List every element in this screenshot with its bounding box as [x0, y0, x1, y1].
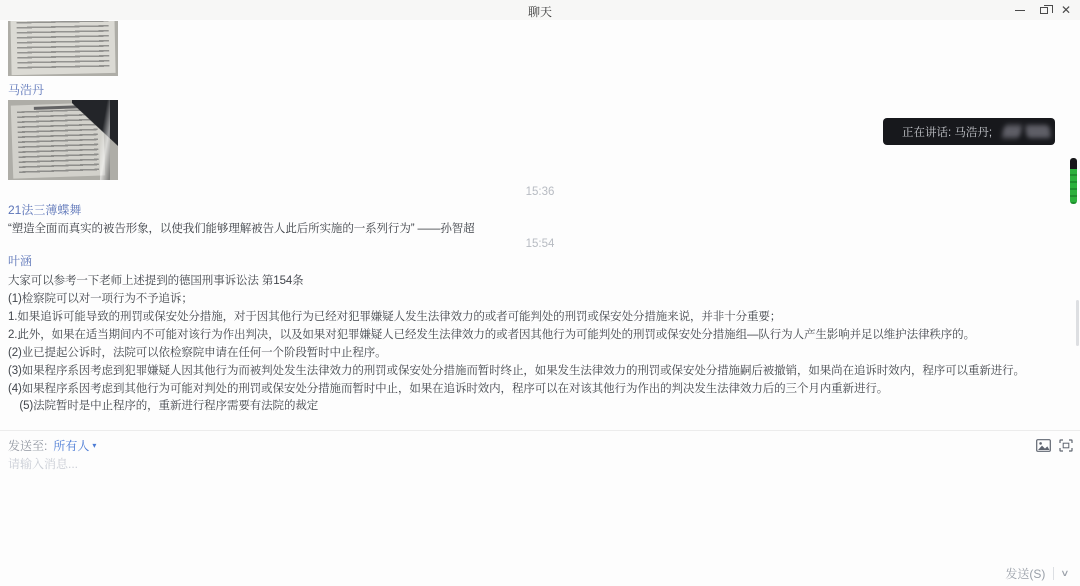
message-text: (3)如果程序系因考虑到犯罪嫌疑人因其他行为而被判处发生法律效力的刑罚或保安处分… — [8, 362, 1025, 378]
send-button-group: 发送(S) ∨ — [1005, 564, 1072, 582]
restore-icon — [1040, 7, 1048, 14]
title-bar: 聊天 ✕ — [0, 0, 1080, 20]
screenshot-icon — [1059, 439, 1073, 452]
recipient-selector[interactable]: 所有人 ▾ — [53, 437, 96, 454]
message-text: 2.此外，如果在适当期间内不可能对该行为作出判决，以及如果对犯罪嫌疑人已经发生法… — [8, 326, 975, 342]
window-title: 聊天 — [0, 3, 1080, 20]
message-text: 1.如果追诉可能导致的刑罚或保安处分措施，对于因其他行为已经对犯罪嫌疑人发生法律… — [8, 308, 781, 324]
message-image-book-photo[interactable] — [8, 100, 118, 180]
message-text: “塑造全面而真实的被告形象，以使我们能够理解被告人此后所实施的一系列行为” ——… — [8, 220, 475, 236]
insert-image-button[interactable] — [1035, 438, 1051, 452]
scrollbar-speaking-indicator[interactable] — [1070, 158, 1077, 204]
recipient-name: 所有人 — [53, 437, 89, 454]
send-to-row: 发送至: 所有人 ▾ — [8, 437, 96, 454]
message-input[interactable] — [8, 455, 1068, 555]
green-level-indicator — [1070, 169, 1077, 204]
image-icon — [1036, 439, 1051, 452]
sender-name: 马浩丹 — [8, 81, 44, 98]
blurred-names — [1003, 125, 1050, 138]
message-image-document-photo[interactable] — [8, 21, 118, 76]
speaking-toast: 正在讲话: 马浩丹; — [883, 118, 1055, 145]
composer-area: 发送至: 所有人 ▾ — [0, 430, 1080, 586]
close-button[interactable]: ✕ — [1054, 0, 1078, 20]
minimize-button[interactable] — [1008, 0, 1032, 20]
message-text: 大家可以参考一下老师上述提到的德国刑事诉讼法 第154条 — [8, 272, 304, 288]
message-text: (5)法院暂时是中止程序的，重新进行程序需要有法院的裁定 — [8, 397, 318, 413]
document-photo-content — [10, 21, 115, 75]
restore-button[interactable] — [1032, 0, 1056, 20]
speaking-toast-label: 正在讲话: 马浩丹; — [902, 124, 992, 140]
sender-name: 叶涵 — [8, 252, 32, 269]
chevron-down-icon: ▾ — [92, 442, 96, 450]
timestamp: 15:54 — [0, 238, 1080, 250]
send-to-label: 发送至: — [8, 437, 47, 454]
message-list: 马浩丹 15:36 21法三薄蝶舞 “塑造全面而真实的被告形象，以使我们能够理解… — [0, 20, 1080, 430]
chat-window: 聊天 ✕ 马浩丹 15:36 21法三薄蝶舞 “塑造全面而真实的被告形象，以使我… — [0, 0, 1080, 586]
close-icon: ✕ — [1061, 4, 1071, 16]
minimize-icon — [1015, 10, 1025, 11]
timestamp: 15:36 — [0, 186, 1080, 198]
book-photo-content — [11, 102, 105, 178]
send-button[interactable]: 发送(S) — [1005, 565, 1053, 582]
screenshot-button[interactable] — [1058, 438, 1074, 452]
message-text: (1)检察院可以对一项行为不予追诉； — [8, 290, 193, 306]
sender-name: 21法三薄蝶舞 — [8, 201, 81, 218]
chat-scrollbar-thumb[interactable] — [1076, 300, 1079, 346]
send-options-button[interactable]: ∨ — [1051, 568, 1076, 579]
message-text: (4)如果程序系因考虑到其他行为可能对判处的刑罚或保安处分措施而暂时中止，如果在… — [8, 380, 888, 396]
composer-toolbar — [1035, 438, 1074, 452]
message-text: (2)业已提起公诉时，法院可以依检察院申请在任何一个阶段暂时中止程序。 — [8, 344, 387, 360]
